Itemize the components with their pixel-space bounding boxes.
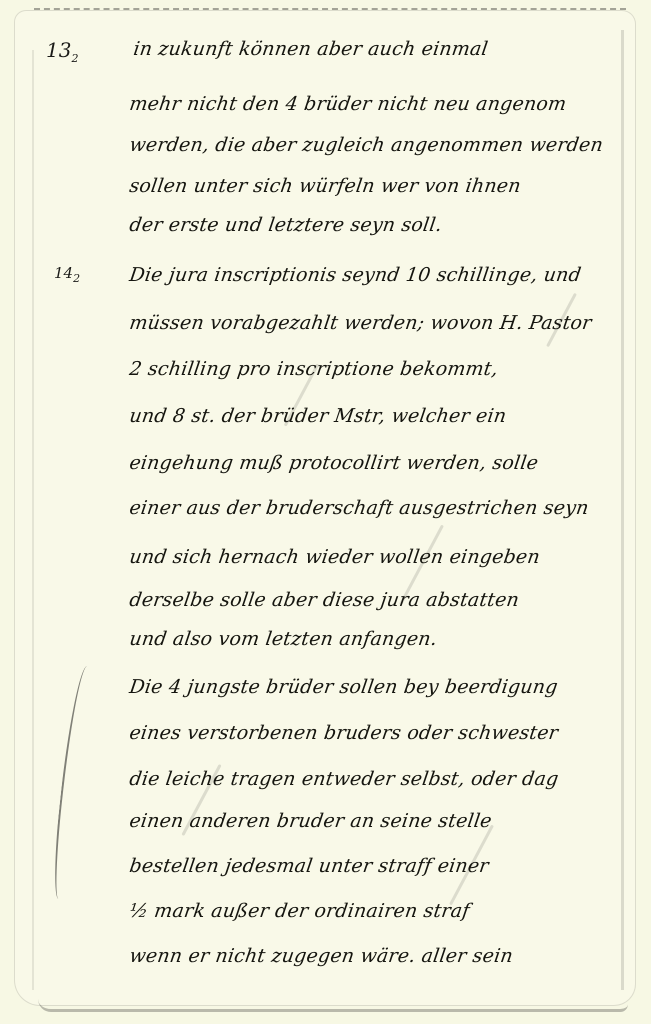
text-line-11: einer aus der bruderschaft ausgestrichen… — [128, 497, 590, 519]
text-line-18: einen anderen bruder an seine stelle — [128, 810, 493, 832]
text-line-1: in zukunft können aber auch einmal — [132, 38, 489, 60]
text-line-16: eines verstorbenen bruders oder schweste… — [128, 722, 560, 744]
paper-right-edge — [621, 30, 624, 990]
paper-left-edge — [32, 50, 34, 990]
margin-number-13: 132 — [46, 40, 78, 64]
text-line-6: Die jura inscriptionis seynd 10 schillin… — [128, 264, 583, 286]
text-line-9: und 8 st. der brüder Mstr, welcher ein — [128, 405, 508, 427]
text-line-4: sollen unter sich würfeln wer von ihnen — [128, 175, 522, 197]
text-line-14: und also vom letzten anfangen. — [128, 628, 439, 650]
margin-number-subscript: 2 — [73, 272, 80, 285]
text-line-5: der erste und letztere seyn soll. — [128, 214, 443, 236]
text-line-2: mehr nicht den 4 brüder nicht neu angeno… — [128, 93, 568, 115]
text-line-12: und sich hernach wieder wollen eingeben — [128, 546, 541, 568]
text-line-15: Die 4 jungste brüder sollen bey beerdigu… — [128, 676, 559, 698]
margin-number-text: 14 — [54, 264, 73, 282]
text-line-21: wenn er nicht zugegen wäre. aller sein — [128, 945, 514, 967]
margin-number-text: 13 — [46, 38, 71, 62]
text-line-3: werden, die aber zugleich angenommen wer… — [128, 134, 605, 156]
text-line-8: 2 schilling pro inscriptione bekommt, — [128, 358, 499, 380]
text-line-19: bestellen jedesmal unter straff einer — [128, 855, 490, 877]
margin-number-subscript: 2 — [71, 52, 78, 65]
text-line-13: derselbe solle aber diese jura abstatten — [128, 589, 521, 611]
text-line-7: müssen vorabgezahlt werden; wovon H. Pas… — [128, 312, 593, 334]
text-line-17: die leiche tragen entweder selbst, oder … — [128, 768, 560, 790]
text-line-20: ½ mark außer der ordinairen straf — [128, 900, 471, 922]
text-line-10: eingehung muß protocollirt werden, solle — [128, 452, 540, 474]
manuscript-scan: 132 142 in zukunft können aber auch einm… — [0, 0, 651, 1024]
margin-number-14: 142 — [54, 266, 80, 284]
